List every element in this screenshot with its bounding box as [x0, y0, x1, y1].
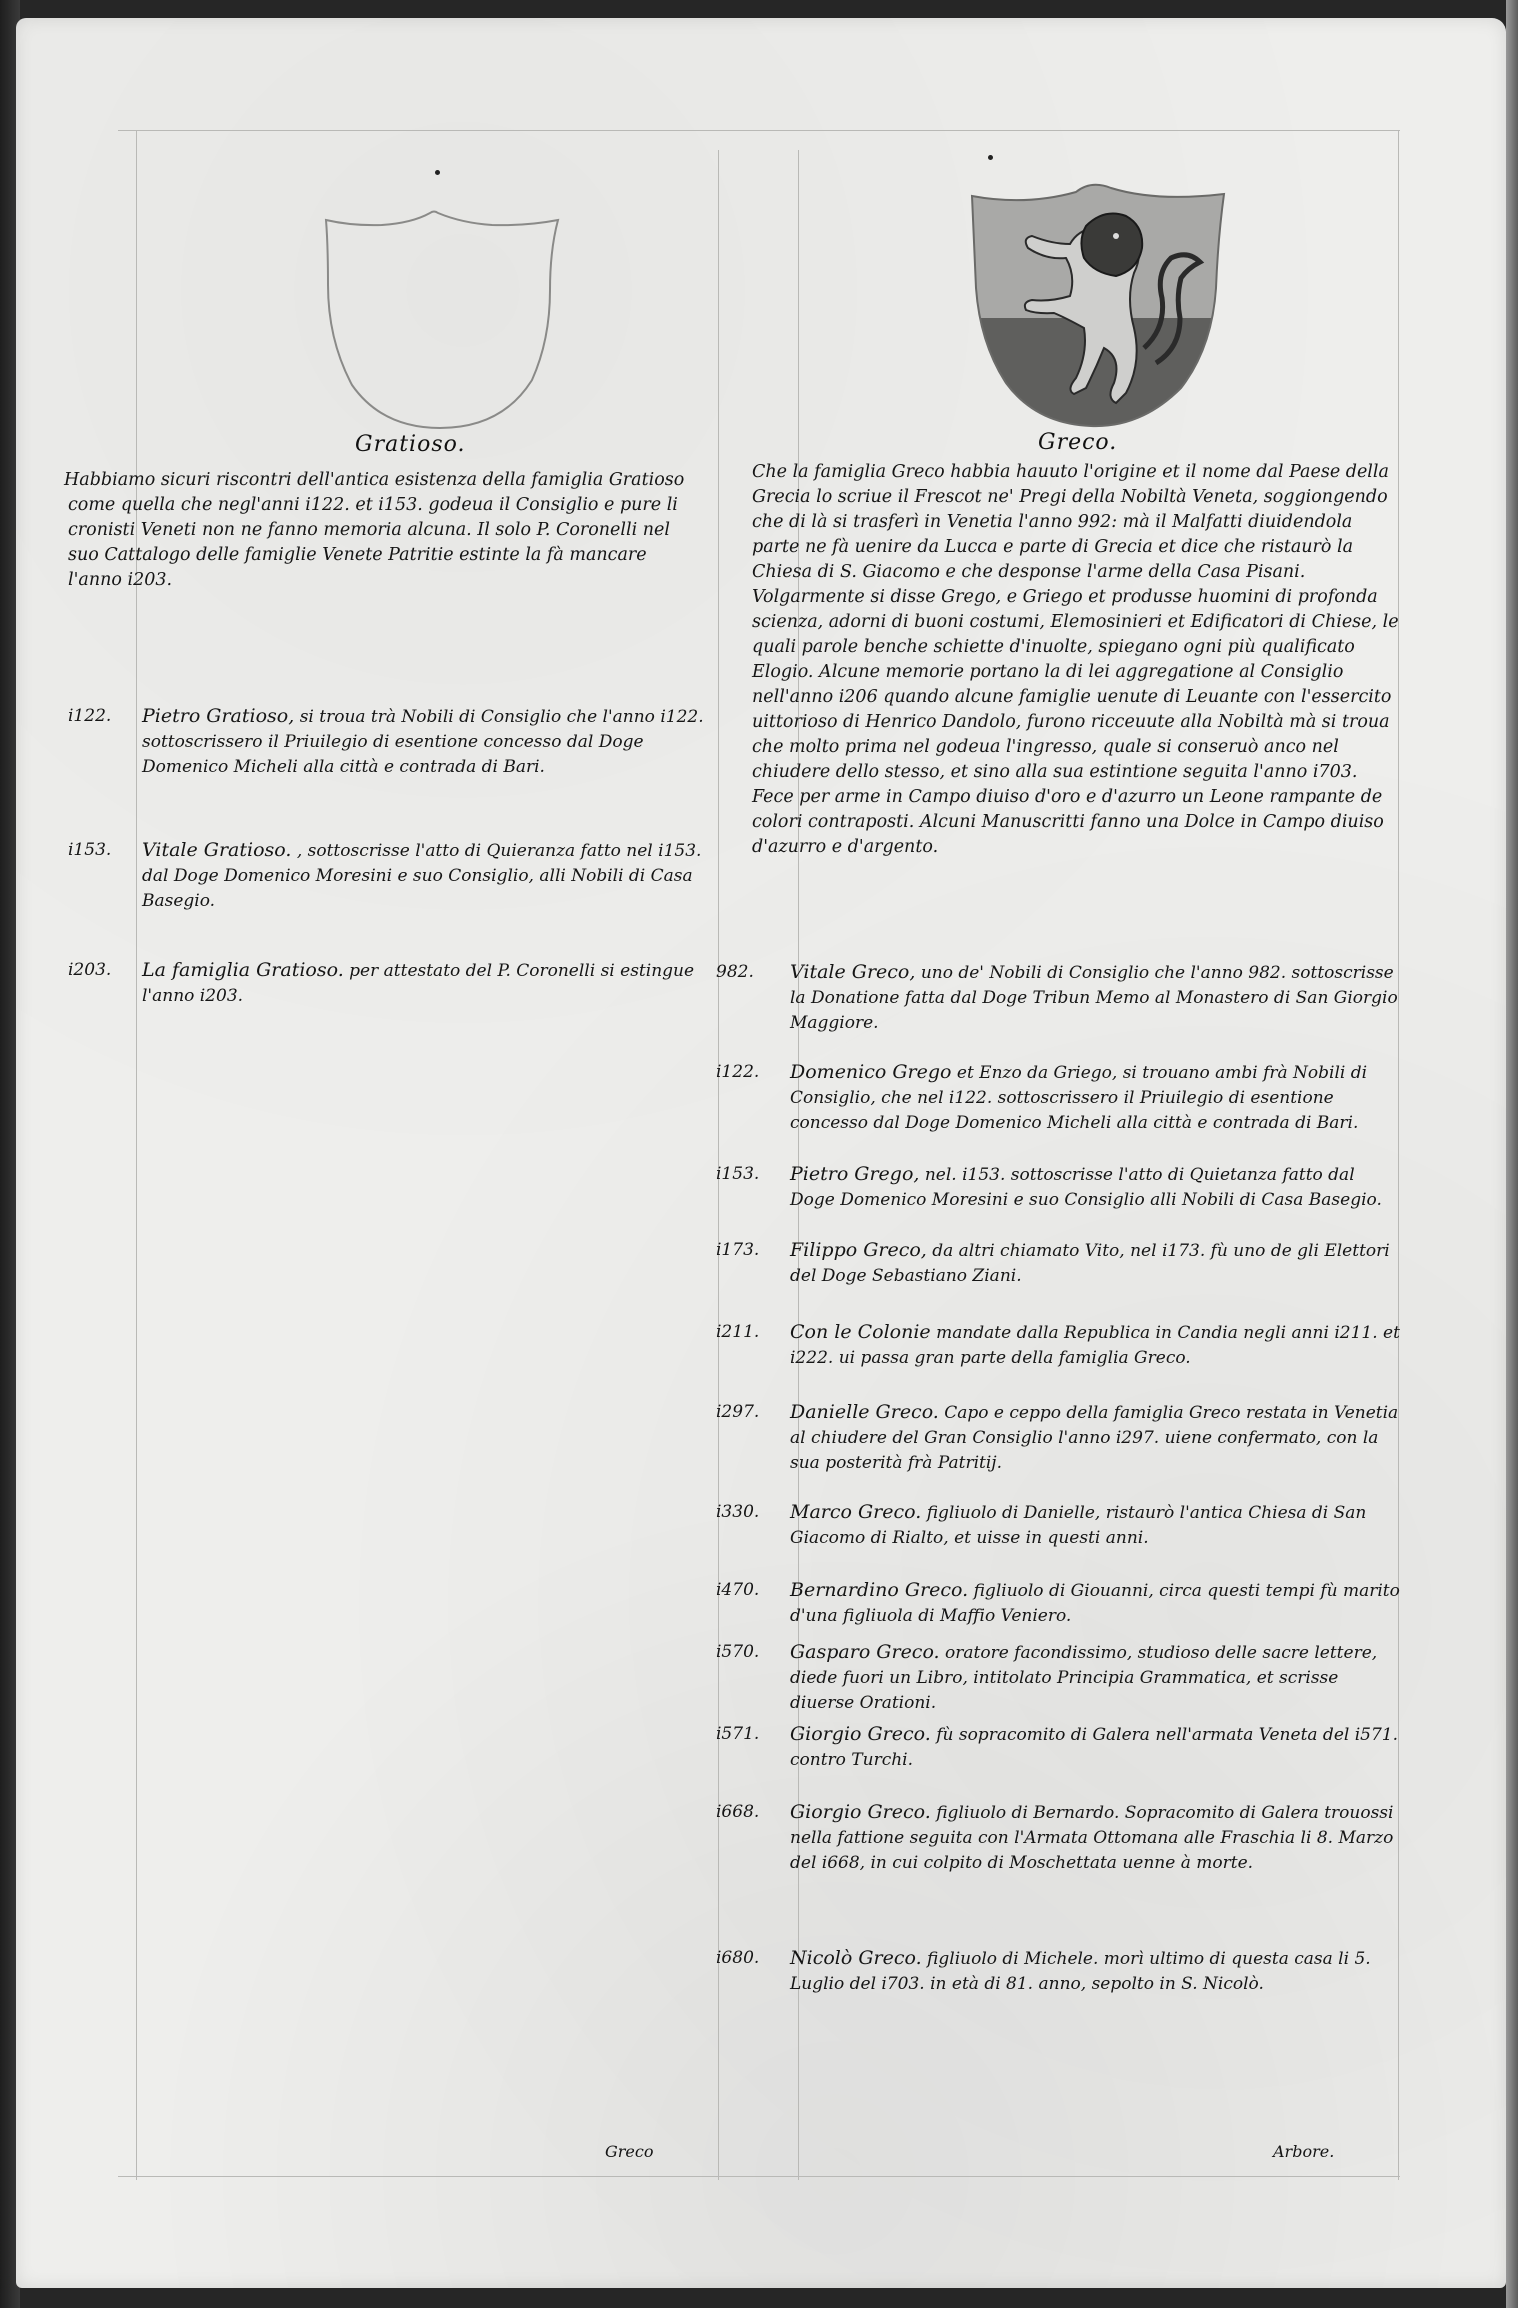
entry-person: Nicolò Greco. — [790, 1947, 922, 1969]
entry-text: Marco Greco. figliuolo di Danielle, rist… — [790, 1500, 1402, 1551]
entry-year: i122. — [716, 1060, 790, 1136]
entry-text: Giorgio Greco. figliuolo di Bernardo. So… — [790, 1800, 1402, 1876]
ink-dot — [988, 155, 993, 160]
entry-year: i153. — [68, 838, 142, 914]
greco-intro: Che la famiglia Greco habbia hauuto l'or… — [752, 460, 1402, 860]
left-margin-rule — [136, 130, 137, 2180]
entry-year: i297. — [716, 1400, 790, 1476]
entry-person: Con le Colonie — [790, 1321, 931, 1343]
entry-person: Giorgio Greco. — [790, 1723, 931, 1745]
greco-entry: i668. Giorgio Greco. figliuolo di Bernar… — [716, 1800, 1402, 1876]
gratioso-entry: i122. Pietro Gratioso, si troua trà Nobi… — [68, 704, 704, 780]
greco-entry: i330. Marco Greco. figliuolo di Danielle… — [716, 1500, 1402, 1551]
top-rule — [118, 130, 1400, 131]
greco-entry: i470. Bernardino Greco. figliuolo di Gio… — [716, 1578, 1402, 1629]
family-title-gratioso: Gratioso. — [355, 432, 465, 457]
greco-entry: i570. Gasparo Greco. oratore facondissim… — [716, 1640, 1402, 1716]
entry-year: i211. — [716, 1320, 790, 1371]
catchword-right: Arbore. — [1273, 2142, 1334, 2161]
greco-entry: i211. Con le Colonie mandate dalla Repub… — [716, 1320, 1402, 1371]
ink-dot — [435, 170, 440, 175]
entry-text: Giorgio Greco. fù sopracomito di Galera … — [790, 1722, 1402, 1773]
blank-shield-outline-icon — [312, 190, 568, 430]
greco-entry: 982. Vitale Greco, uno de' Nobili di Con… — [716, 960, 1402, 1036]
entry-year: 982. — [716, 960, 790, 1036]
gratioso-entry: i203. La famiglia Gratioso. per attestat… — [68, 958, 704, 1009]
greco-entry: i173. Filippo Greco, da altri chiamato V… — [716, 1238, 1402, 1289]
entry-year: i122. — [68, 704, 142, 780]
entry-person: Bernardino Greco. — [790, 1579, 968, 1601]
entry-text: Nicolò Greco. figliuolo di Michele. morì… — [790, 1946, 1402, 1997]
greco-entry: i571. Giorgio Greco. fù sopracomito di G… — [716, 1722, 1402, 1773]
entry-person: Filippo Greco, — [790, 1239, 927, 1261]
entry-person: Danielle Greco. — [790, 1401, 939, 1423]
entry-year: i570. — [716, 1640, 790, 1716]
page-right-edge — [1506, 0, 1518, 2308]
greco-entry: i153. Pietro Grego, nel. i153. sottoscri… — [716, 1162, 1402, 1213]
catchword-left: Greco — [605, 2142, 654, 2161]
entry-person: Vitale Greco, — [790, 961, 915, 983]
entry-text: Gasparo Greco. oratore facondissimo, stu… — [790, 1640, 1402, 1716]
entry-text: Vitale Gratioso. , sottoscrisse l'atto d… — [142, 838, 704, 914]
gratioso-intro: Habbiamo sicuri riscontri dell'antica es… — [68, 468, 704, 593]
family-title-greco: Greco. — [1038, 430, 1117, 455]
bottom-rule — [118, 2176, 1400, 2177]
gratioso-entry: i153. Vitale Gratioso. , sottoscrisse l'… — [68, 838, 704, 914]
entry-person: Marco Greco. — [790, 1501, 921, 1523]
entry-text: Danielle Greco. Capo e ceppo della famig… — [790, 1400, 1402, 1476]
greco-entry: i122. Domenico Grego et Enzo da Griego, … — [716, 1060, 1402, 1136]
entry-year: i668. — [716, 1800, 790, 1876]
entry-person: Gasparo Greco. — [790, 1641, 940, 1663]
entry-year: i173. — [716, 1238, 790, 1289]
entry-text: Pietro Grego, nel. i153. sottoscrisse l'… — [790, 1162, 1402, 1213]
entry-text: Con le Colonie mandate dalla Republica i… — [790, 1320, 1402, 1371]
coat-of-arms-lion-icon — [966, 178, 1228, 428]
entry-person: Pietro Gratioso, — [142, 705, 294, 727]
entry-person: Vitale Gratioso. — [142, 839, 291, 861]
entry-person: La famiglia Gratioso. — [142, 959, 344, 981]
entry-year: i153. — [716, 1162, 790, 1213]
greco-entry: i680. Nicolò Greco. figliuolo di Michele… — [716, 1946, 1402, 1997]
entry-text: La famiglia Gratioso. per attestato del … — [142, 958, 704, 1009]
greco-entry: i297. Danielle Greco. Capo e ceppo della… — [716, 1400, 1402, 1476]
entry-text: Pietro Gratioso, si troua trà Nobili di … — [142, 704, 704, 780]
entry-text: Domenico Grego et Enzo da Griego, si tro… — [790, 1060, 1402, 1136]
entry-text: Bernardino Greco. figliuolo di Giouanni,… — [790, 1578, 1402, 1629]
entry-year: i203. — [68, 958, 142, 1009]
entry-year: i680. — [716, 1946, 790, 1997]
entry-person: Giorgio Greco. — [790, 1801, 931, 1823]
entry-year: i330. — [716, 1500, 790, 1551]
entry-text: Filippo Greco, da altri chiamato Vito, n… — [790, 1238, 1402, 1289]
entry-year: i571. — [716, 1722, 790, 1773]
entry-year: i470. — [716, 1578, 790, 1629]
entry-person: Domenico Grego — [790, 1061, 951, 1083]
entry-text: Vitale Greco, uno de' Nobili di Consigli… — [790, 960, 1402, 1036]
entry-person: Pietro Grego, — [790, 1163, 919, 1185]
